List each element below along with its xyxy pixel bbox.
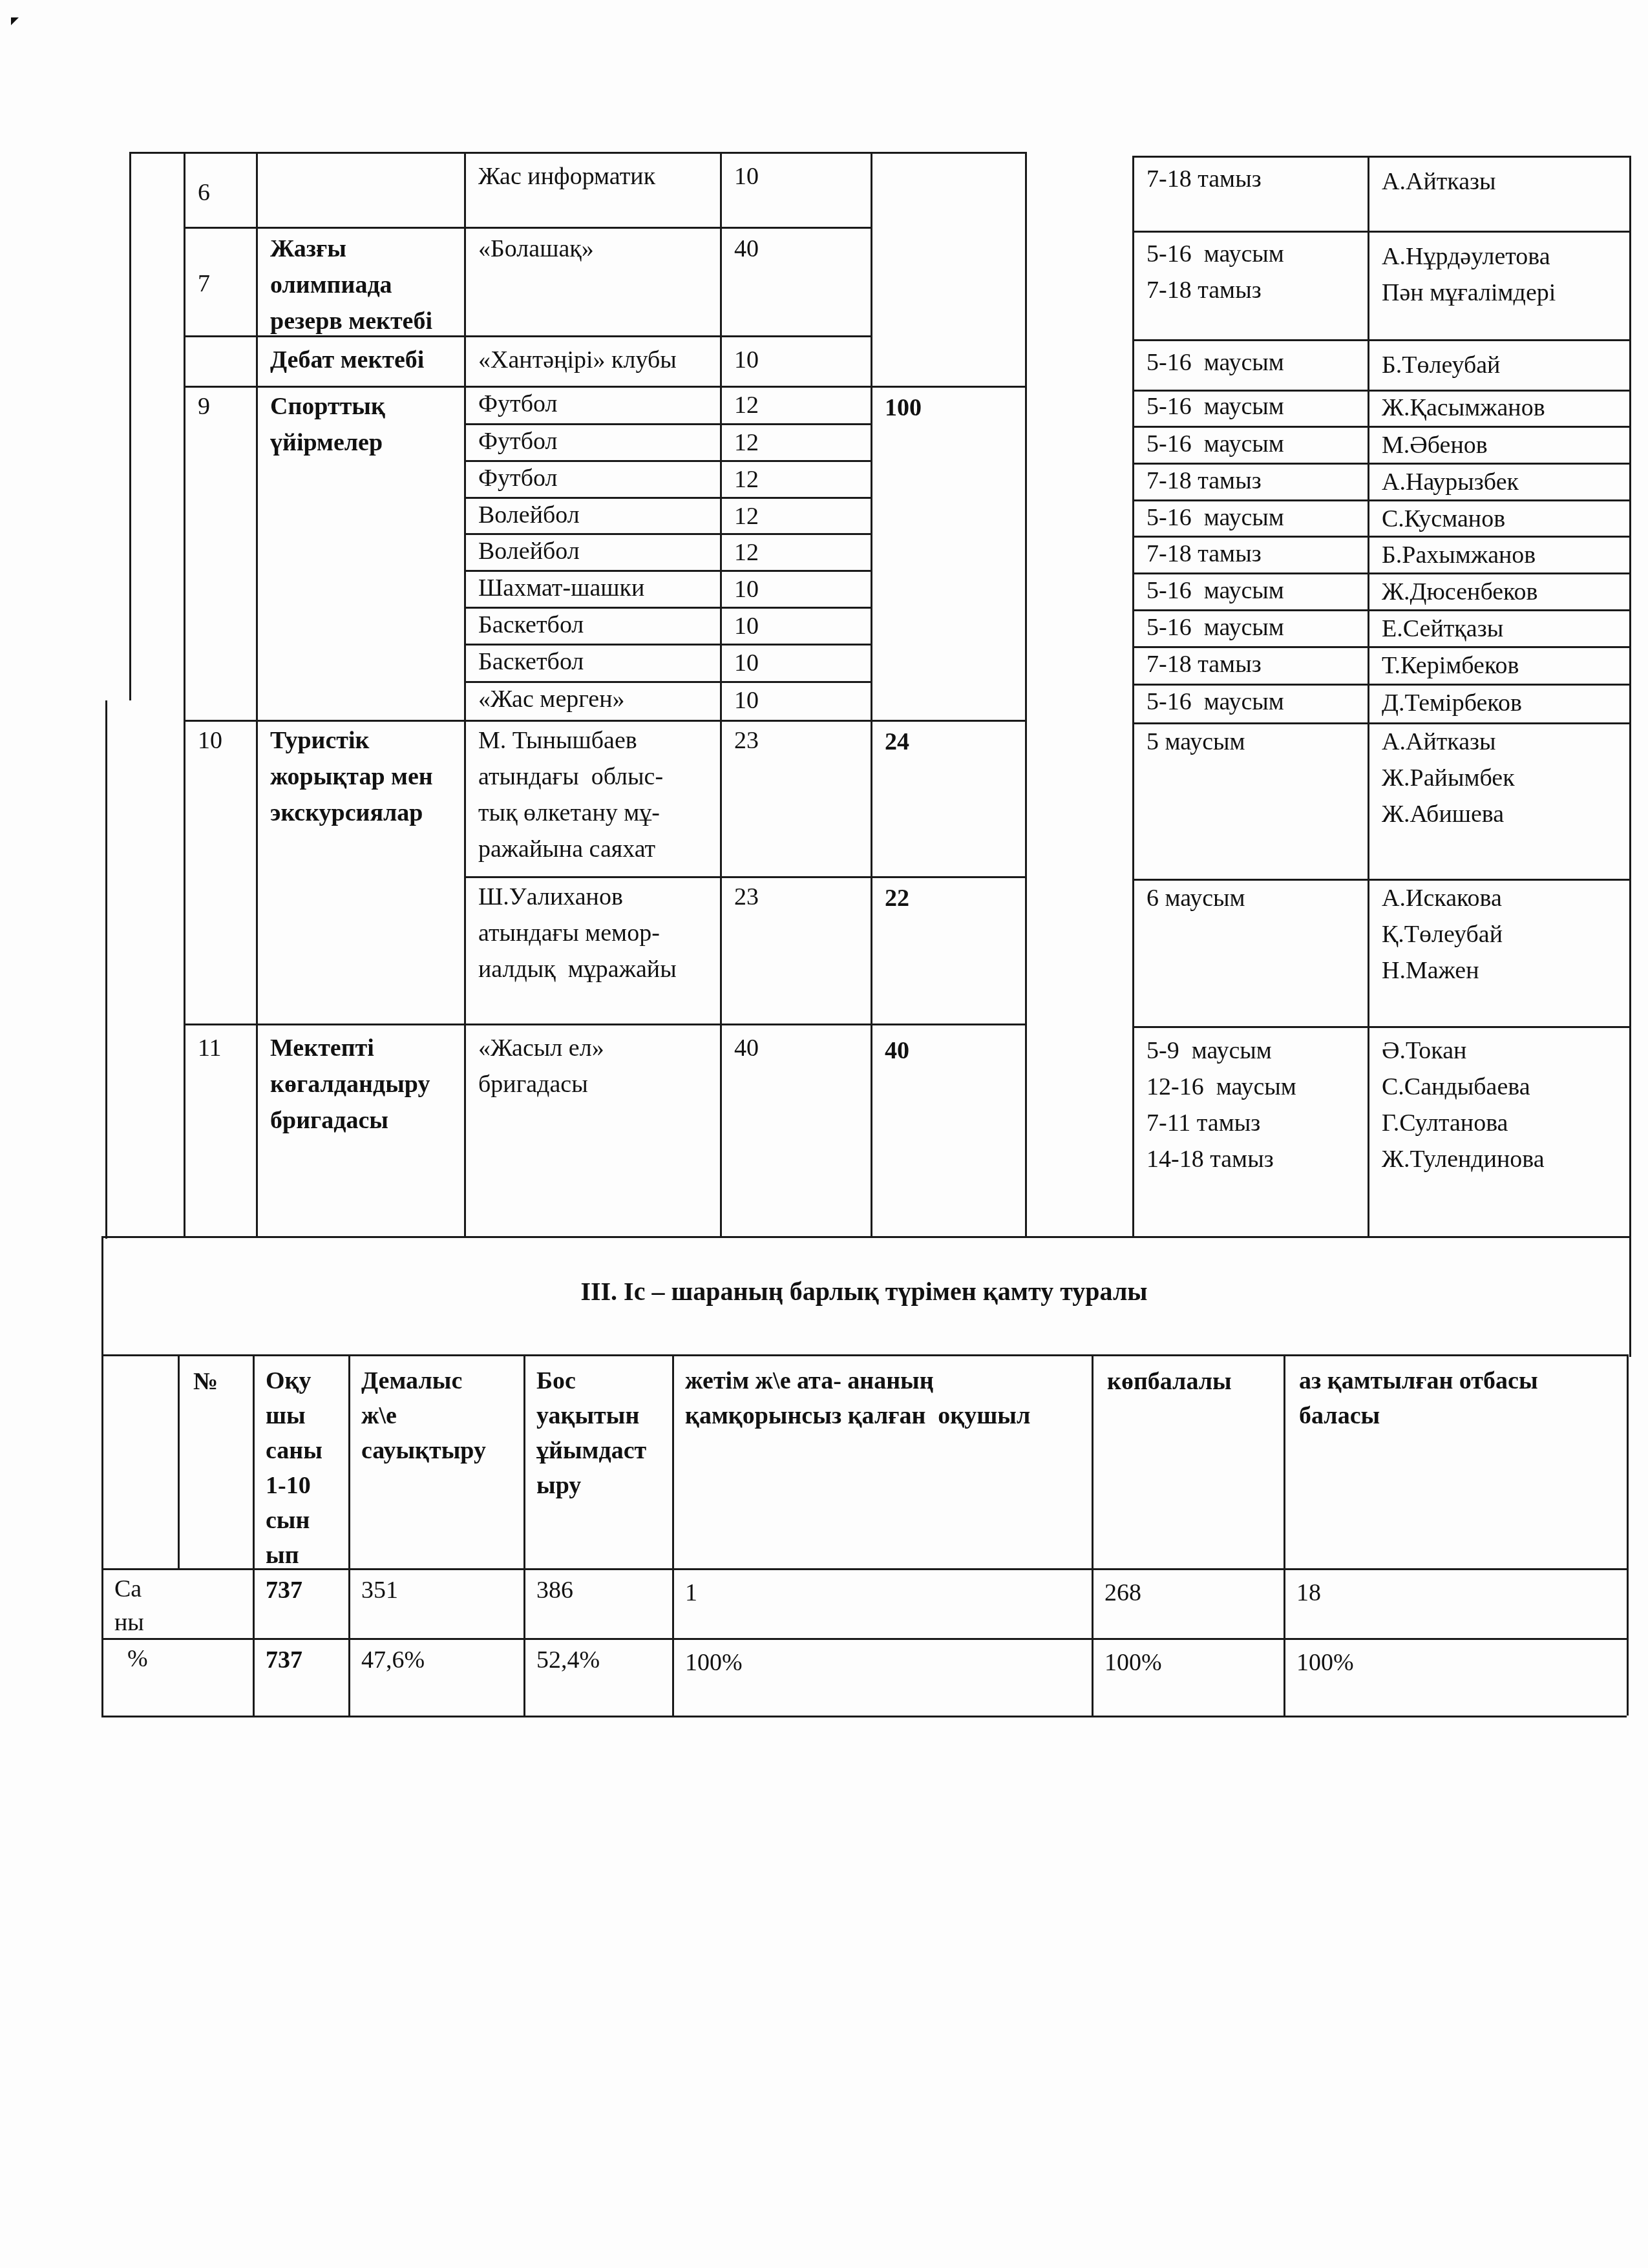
activity-name: Волейбол [478,497,580,533]
grid-line-v [871,152,872,1236]
dates: 7-18 тамыз [1146,161,1262,197]
activity-name: Баскетбол [478,607,584,643]
participant-count: 10 [734,158,759,194]
grid-line-v [464,152,466,1236]
activity-name: Футбол [478,386,557,422]
grid-line-h [101,1568,1627,1570]
rest-value: 47,6% [361,1642,425,1678]
participant-count: 12 [734,461,759,498]
col-header-leisure: Бос уақытын ұйымдаст ыру [536,1363,646,1503]
col-header-low-income: аз қамтылған отбасы баласы [1299,1363,1538,1433]
grid-line-v [253,1354,255,1716]
row-number: 9 [198,388,210,425]
orphans-value: 1 [685,1575,697,1611]
participant-count: 10 [734,571,759,607]
grid-line-v [1284,1354,1285,1716]
responsible: Б.Рахымжанов [1382,537,1536,573]
dates: 7-18 тамыз [1146,536,1262,572]
participant-count: 40 [734,1030,759,1066]
low-income-value: 100% [1296,1644,1354,1681]
participant-count: 10 [734,608,759,644]
col-header-orphans: жетім ж\е ата- ананың қамқорынсыз қалған… [685,1363,1030,1433]
participant-count: 12 [734,425,759,461]
activity-name: Жас информатик [478,158,655,194]
responsible: А.Нұрдәулетова Пән мұғалімдері [1382,238,1556,311]
dates: 5-16 маусым [1146,426,1284,462]
grid-line-v [1132,156,1134,1236]
scanned-page: 6Жас информатик107-18 тамызА.Айтказы7Жаз… [0,0,1648,2268]
responsible: А.Наурызбек [1382,464,1519,500]
participant-count: 10 [734,682,759,719]
grid-line-h [184,227,871,229]
activity-name: «Болашақ» [478,231,594,267]
activity-name: М. Тынышбаев атындағы облыс- тық өлкетан… [478,722,663,867]
category-name: Жазғы олимпиада резерв мектебі [270,231,432,339]
activity-name: Баскетбол [478,644,584,680]
dates: 5 маусым [1146,724,1245,760]
activity-name: «Жасыл ел» бригадасы [478,1030,604,1102]
rest-value: 351 [361,1572,398,1608]
category-name: Мектепті көгалдандыру бригадасы [270,1030,430,1139]
participant-count: 10 [734,342,759,378]
grid-line-h [871,386,1025,388]
category-name: Спорттық үйірмелер [270,388,385,461]
col-header-students: Оқу шы саны 1-10 сын ып [266,1363,322,1573]
responsible: М.Әбенов [1382,427,1488,463]
students-value: 737 [266,1642,302,1678]
col-header-rest: Демалыс ж\е сауықтыру [361,1363,486,1468]
grid-line-h [101,1716,1627,1717]
activity-name: Футбол [478,423,557,459]
total-count: 100 [885,390,922,426]
dates: 5-16 маусым [1146,609,1284,646]
row-label: % [127,1642,148,1675]
grid-line-h [184,1024,1025,1025]
low-income-value: 18 [1296,1575,1321,1611]
grid-line-h [1132,339,1629,341]
grid-line-v [1627,1354,1629,1716]
row-number: 7 [198,266,210,302]
grid-line-v [129,152,131,700]
grid-line-h [184,720,1025,722]
grid-line-h [129,152,1025,154]
grid-line-h [101,1236,1629,1238]
grid-line-v [523,1354,525,1716]
dates: 6 маусым [1146,880,1245,916]
dates: 5-16 маусым [1146,684,1284,720]
participant-count: 40 [734,231,759,267]
grid-line-v [1368,156,1369,1236]
responsible: А.Айтказы Ж.Райымбек Ж.Абишева [1382,724,1515,832]
leisure-value: 52,4% [536,1642,600,1678]
grid-line-v [1629,156,1631,1236]
grid-line-h [1132,231,1629,233]
activity-name: Футбол [478,460,557,496]
row-number: 6 [198,174,210,211]
grid-line-v [105,700,107,1239]
scan-corner-mark [11,17,19,25]
grid-line-v [1092,1354,1093,1716]
grid-line-h [101,1354,1627,1356]
grid-line-h [464,876,1025,878]
dates: 7-18 тамыз [1146,463,1262,499]
responsible: Ж.Дюсенбеков [1382,574,1538,610]
category-name: Туристік жорықтар мен экскурсиялар [270,722,433,831]
participant-count: 23 [734,722,759,759]
grid-line-v [256,152,258,1236]
activity-name: Волейбол [478,533,580,569]
total-count: 40 [885,1033,909,1069]
grid-line-v [348,1354,350,1716]
responsible: Е.Сейтқазы [1382,611,1503,647]
grid-line-v [184,152,185,1236]
grid-line-h [1132,156,1629,158]
grid-line-h [1132,1026,1629,1028]
activity-name: Ш.Уалиханов атындағы мемор- иалдық мұраж… [478,879,677,987]
participant-count: 10 [734,645,759,681]
large-families-value: 268 [1104,1575,1141,1611]
responsible: Д.Темірбеков [1382,685,1522,721]
responsible: Ж.Қасымжанов [1382,390,1545,426]
participant-count: 12 [734,498,759,534]
dates: 5-16 маусым [1146,344,1284,381]
dates: 5-16 маусым [1146,499,1284,536]
category-name: Дебат мектебі [270,342,424,378]
activity-name: Шахмат-шашки [478,570,644,606]
row-number: 10 [198,722,222,759]
activity-name: «Жас мерген» [478,681,625,717]
grid-line-v [101,1236,103,1716]
grid-line-v [1629,1236,1631,1357]
responsible: Т.Керімбеков [1382,647,1519,684]
responsible: Ә.Токан С.Сандыбаева Г.Султанова Ж.Тулен… [1382,1033,1545,1177]
activity-name: «Хантәңірі» клубы [478,342,677,378]
responsible: А.Айтказы [1382,163,1496,200]
participant-count: 12 [734,387,759,423]
grid-line-v [720,152,722,1236]
leisure-value: 386 [536,1572,573,1608]
total-count: 24 [885,724,909,760]
row-label: Са ны [114,1572,144,1639]
grid-line-h [101,1638,1627,1640]
grid-line-v [672,1354,674,1716]
responsible: Б.Төлеубай [1382,347,1500,383]
participant-count: 12 [734,534,759,571]
grid-line-v [1025,152,1027,1236]
responsible: А.Искакова Қ.Төлеубай Н.Мажен [1382,880,1503,989]
dates: 5-9 маусым 12-16 маусым 7-11 тамыз 14-18… [1146,1033,1296,1177]
participant-count: 23 [734,879,759,915]
col-header-number: № [193,1363,218,1400]
responsible: С.Кусманов [1382,501,1505,537]
section-heading: III. Іс – шараның барлық түрімен қамту т… [101,1276,1627,1307]
dates: 7-18 тамыз [1146,646,1262,682]
dates: 5-16 маусым [1146,388,1284,425]
grid-line-v [178,1354,180,1568]
dates: 5-16 маусым 7-18 тамыз [1146,236,1284,308]
students-value: 737 [266,1572,302,1608]
dates: 5-16 маусым [1146,572,1284,609]
col-header-large-families: көпбалалы [1107,1363,1232,1400]
total-count: 22 [885,880,909,916]
row-number: 11 [198,1030,222,1066]
large-families-value: 100% [1104,1644,1162,1681]
orphans-value: 100% [685,1644,743,1681]
